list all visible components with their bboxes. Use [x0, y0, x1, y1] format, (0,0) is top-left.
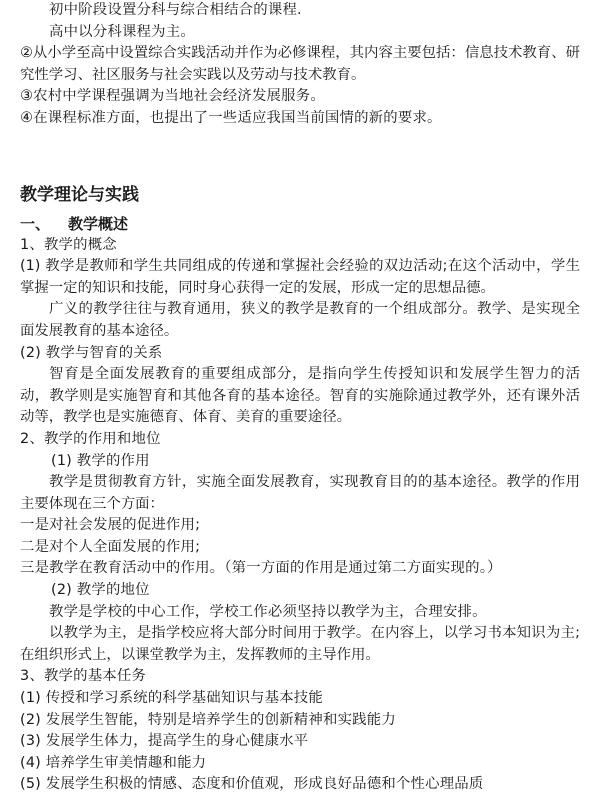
intro-line: 高中以分科课程为主。: [20, 22, 580, 44]
intro-point: ③农村中学课程强调为当地社会经济发展服务。: [20, 86, 580, 108]
paragraph: 教学是贯彻教育方针，实施全面发展教育，实现教育目的的基本途径。教学的作用主要体现…: [20, 472, 580, 515]
paragraph: (1) 教学是教师和学生共同组成的传递和掌握社会经验的双边活动;在这个活动中，学…: [20, 256, 580, 299]
paragraph: 以教学为主，是指学校应将大部分时间用于教学。在内容上，以学习书本知识为主;在组织…: [20, 623, 580, 666]
task-item: (4) 培养学生审美情趣和能力: [20, 753, 580, 775]
document-page: 初中阶段设置分科与综合相结合的课程. 高中以分科课程为主。 ②从小学至高中设置综…: [20, 0, 580, 796]
task-item: (3) 发展学生体力，提高学生的身心健康水平: [20, 731, 580, 753]
intro-point: ②从小学至高中设置综合实践活动并作为必修课程，其内容主要包括：信息技术教育、研究…: [20, 43, 580, 86]
item-heading: 1、教学的概念: [20, 235, 580, 257]
paragraph: 教学是学校的中心工作，学校工作必须坚持以教学为主，合理安排。: [20, 602, 580, 624]
intro-line: 初中阶段设置分科与综合相结合的课程.: [20, 0, 580, 22]
item-heading: 2、教学的作用和地位: [20, 429, 580, 451]
role-item: 二是对个人全面发展的作用;: [20, 537, 580, 559]
sub-heading: (1) 教学的作用: [20, 451, 580, 473]
task-item: (5) 发展学生积极的情感、态度和价值观，形成良好品德和个性心理品质: [20, 774, 580, 796]
task-item: (1) 传授和学习系统的科学基础知识与基本技能: [20, 688, 580, 710]
chapter-title: 教学理论与实践: [20, 183, 580, 207]
intro-point: ④在课程标准方面，也提出了一些适应我国当前国情的新的要求。: [20, 108, 580, 130]
sub-heading: (2) 教学与智育的关系: [20, 343, 580, 365]
task-item: (2) 发展学生智能，特别是培养学生的创新精神和实践能力: [20, 710, 580, 732]
section-number: 一、: [20, 213, 68, 235]
sub-heading: (2) 教学的地位: [20, 580, 580, 602]
item-heading: 3、教学的基本任务: [20, 666, 580, 688]
role-item: 三是教学在教育活动中的作用。（第一方面的作用是通过第二方面实现的。）: [20, 558, 580, 580]
paragraph: 智育是全面发展教育的重要组成部分，是指向学生传授知识和发展学生智力的活动，教学则…: [20, 364, 580, 429]
section-title: 教学概述: [68, 215, 128, 233]
section-heading: 一、教学概述: [20, 213, 580, 235]
role-item: 一是对社会发展的促进作用;: [20, 515, 580, 537]
paragraph: 广义的教学往往与教育通用，狭义的教学是教育的一个组成部分。教学、是实现全面发展教…: [20, 299, 580, 342]
